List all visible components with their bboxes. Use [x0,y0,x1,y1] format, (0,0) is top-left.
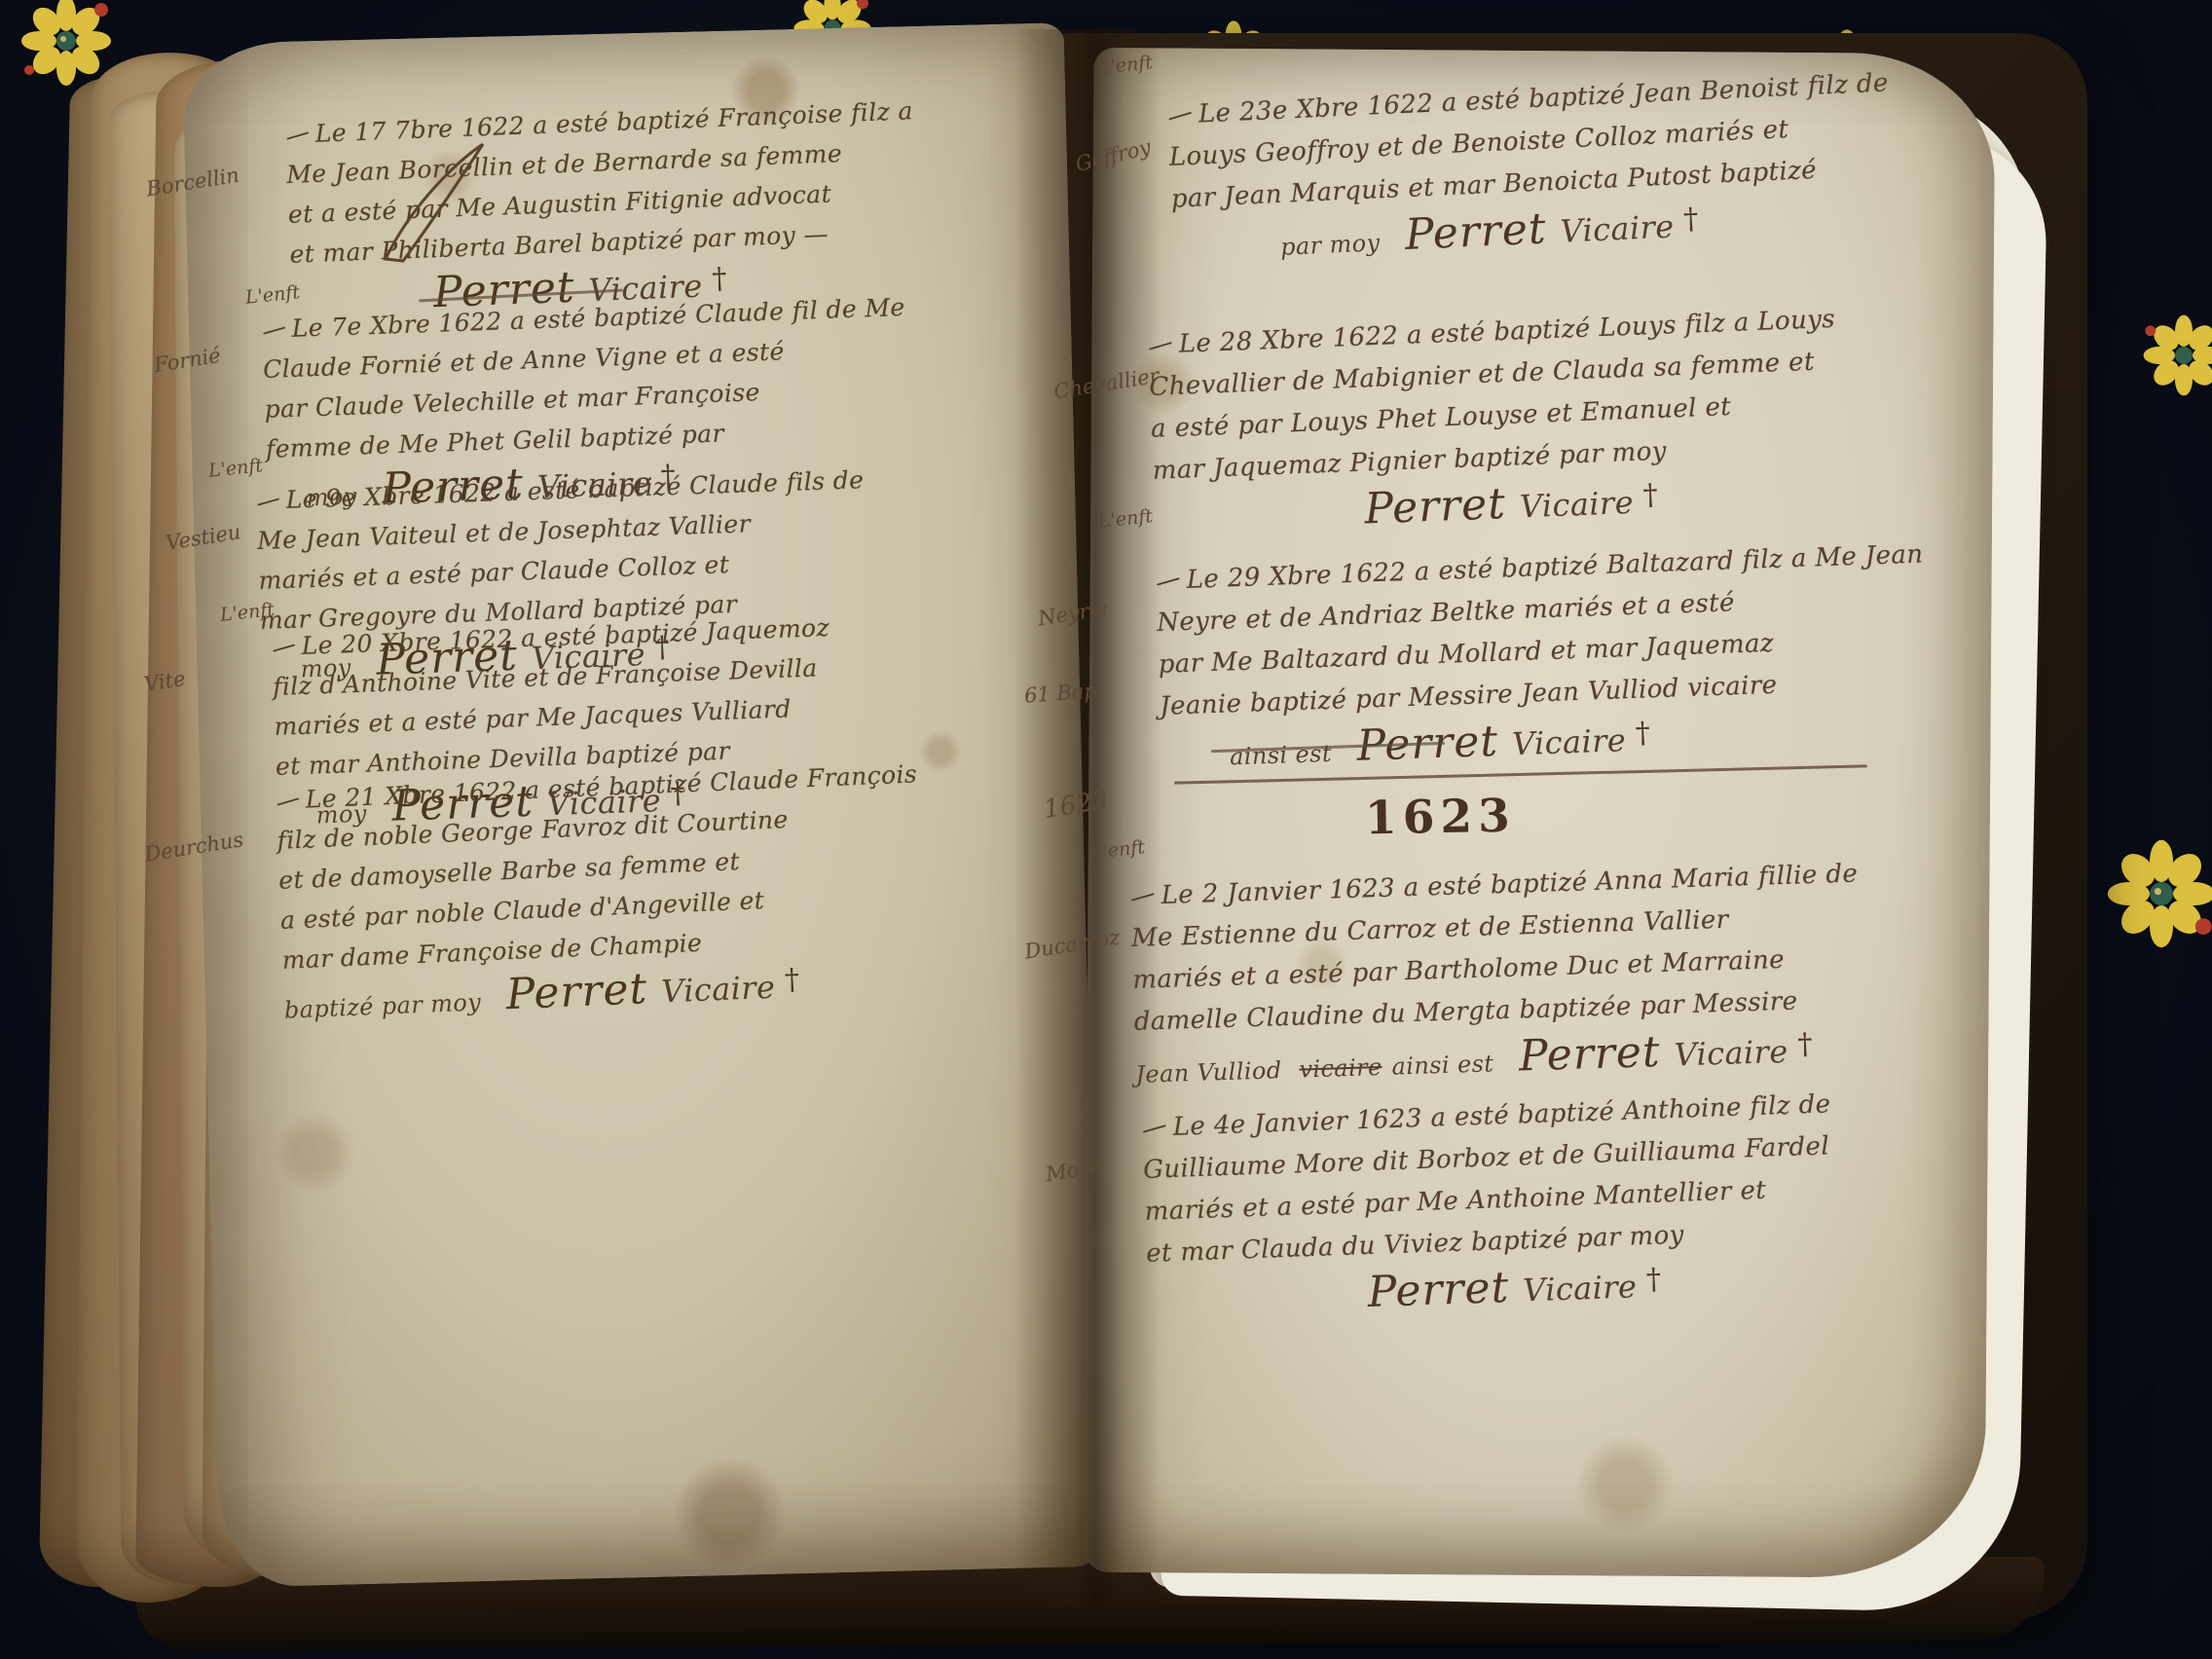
entry-prenote: L'enft [1097,52,1154,79]
baptism-entry: Le 28 Xbre 1622 a esté baptizé Louys fil… [1147,300,1817,545]
signature-title: Vicaire [1519,484,1634,525]
margin-family-name: Geffroy [1073,135,1153,176]
margin-baptism-count: 61 Bap [1023,679,1097,707]
baptism-entry: Le 23e Xbre 1622 a esté baptizé Jean Ben… [1166,66,1817,274]
cross-icon: † [784,963,800,998]
signature-title: Vicaire [1511,721,1626,762]
margin-family-name: Neyrie [1037,597,1110,631]
signature-title: Vicaire [1560,208,1676,250]
signature-lead: ainsi est [1230,740,1333,771]
signature-lead: par moy [1280,229,1382,261]
cross-icon: † [1797,1027,1813,1061]
signature-lead: baptizé par moy [283,988,481,1023]
struck-out-word: vicaire [1299,1053,1382,1084]
signature-lead [1339,503,1340,531]
baptism-entry: Le 29 Xbre 1622 a esté baptizé Baltazard… [1155,537,1833,781]
vicar-signature: PerretVicaire† [1342,1255,1829,1320]
entry-prenote: L'enft [207,455,264,482]
pre-signature-text: Jean Vulliod [1135,1056,1282,1088]
manuscript-text-layer: Le 17 7bre 1622 a esté baptizé Françoise… [0,0,2212,1659]
margin-family-name: Fornié [153,344,223,377]
margin-family-name: Vestieu [165,520,242,555]
margin-family-name: Ducarroz [1023,925,1122,963]
margin-family-name: Vite [142,667,187,696]
pen-flourish-doodle [378,138,495,269]
margin-year-note: 1623 [1042,786,1110,825]
signature-title: Vicaire [1523,1268,1638,1309]
baptism-entry: Le 17 7bre 1622 a esté baptizé Françoise… [284,94,818,325]
baptism-entry: Le 2 Janvier 1623 a esté baptizé Anna Ma… [1129,855,1818,1096]
margin-family-name: Borcellin [145,164,241,202]
entry-prenote: L'enft [1097,505,1154,533]
year-heading: 1623 [1365,790,1517,846]
signature-name: Perret [505,964,648,1019]
cross-icon: † [1642,478,1659,513]
photograph-of-parish-register: Le 17 7bre 1622 a esté baptizé Françoise… [0,0,2212,1659]
signature-title: Vicaire [660,969,776,1011]
entry-prenote: L'enft [1089,836,1146,864]
baptism-entry: Le 4e Janvier 1623 a esté baptizé Anthoi… [1141,1085,1829,1328]
cross-icon: † [1682,202,1699,237]
signature-lead [1343,1286,1344,1313]
signature-name: Perret [1367,1263,1510,1317]
margin-family-name: More [1044,1155,1102,1187]
pre-signature-text: ainsi est [1391,1050,1494,1080]
cross-icon: † [1635,716,1651,751]
cross-icon: † [1645,1262,1662,1297]
baptism-entry: Le 21 Xbre 1622 a esté baptizé Claude Fr… [275,758,829,1031]
signature-name: Perret [1363,479,1506,535]
cross-icon: † [712,262,728,297]
signature-name: Perret [1404,203,1548,260]
margin-family-name: Deurchus [143,828,245,866]
signature-name: Perret [1518,1027,1661,1082]
margin-family-name: Chevallier [1052,364,1161,404]
signature-title: Vicaire [1674,1033,1788,1074]
